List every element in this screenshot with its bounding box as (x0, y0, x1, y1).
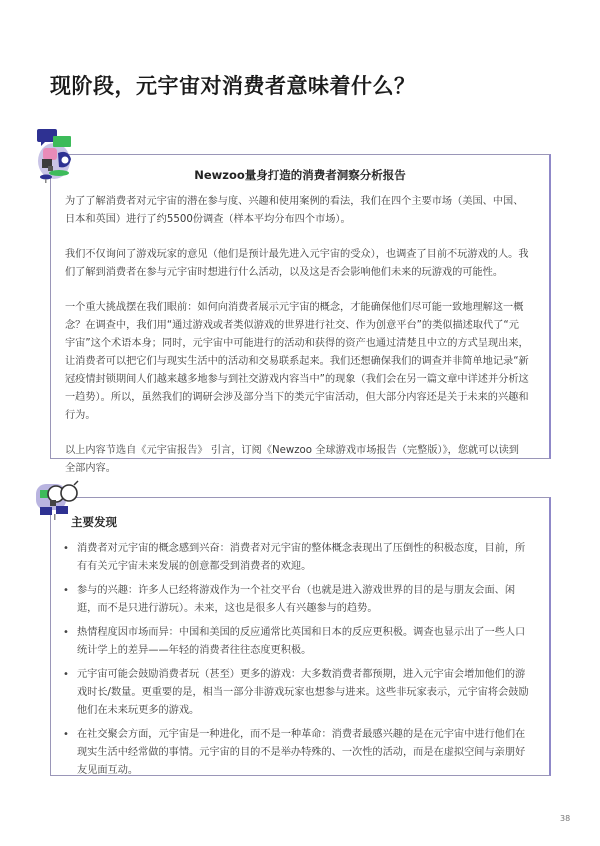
report-paragraph: 一个重大挑战摆在我们眼前：如何向消费者展示元宇宙的概念，才能确保他们尽可能一致地… (65, 299, 529, 425)
findings-title: 主要发现 (71, 514, 549, 530)
finding-item: • 消费者对元宇宙的概念感到兴奋：消费者对元宇宙的整体概念表现出了压倒性的积极态… (63, 540, 529, 576)
findings-list: • 消费者对元宇宙的概念感到兴奋：消费者对元宇宙的整体概念表现出了压倒性的积极态… (51, 540, 549, 780)
finding-item: • 热情程度因市场而异：中国和美国的反应通常比英国和日本的反应更积极。调查也显示… (63, 624, 529, 660)
bullet-icon: • (63, 624, 69, 642)
finding-text: 热情程度因市场而异：中国和美国的反应通常比英国和日本的反应更积极。调查也显示出了… (77, 627, 525, 656)
bullet-icon: • (63, 666, 69, 684)
report-box-body: 为了了解消费者对元宇宙的潜在参与度、兴趣和使用案例的看法，我们在四个主要市场（美… (51, 193, 549, 478)
report-intro-box: Newzoo量身打造的消费者洞察分析报告 为了了解消费者对元宇宙的潜在参与度、兴… (50, 154, 551, 459)
bullet-icon: • (63, 726, 69, 744)
bullet-icon: • (63, 540, 69, 558)
finding-item: • 参与的兴趣：许多人已经将游戏作为一个社交平台（也就是进入游戏世界的目的是与朋… (63, 582, 529, 618)
page-number: 38 (560, 814, 570, 823)
bullet-icon: • (63, 582, 69, 600)
vr-headset-icon (34, 478, 80, 520)
finding-text: 元宇宙可能会鼓励消费者玩（甚至）更多的游戏：大多数消费者都预期，进入元宇宙会增加… (77, 669, 529, 716)
finding-item: • 元宇宙可能会鼓励消费者玩（甚至）更多的游戏：大多数消费者都预期，进入元宇宙会… (63, 666, 529, 720)
key-findings-box: 主要发现 • 消费者对元宇宙的概念感到兴奋：消费者对元宇宙的整体概念表现出了压倒… (50, 497, 551, 776)
finding-text: 在社交聚会方面，元宇宙是一种进化，而不是一种革命：消费者最感兴趣的是在元宇宙中进… (77, 729, 525, 776)
finding-text: 参与的兴趣：许多人已经将游戏作为一个社交平台（也就是进入游戏世界的目的是与朋友会… (77, 585, 515, 614)
chat-people-icon (34, 127, 78, 183)
report-paragraph: 为了了解消费者对元宇宙的潜在参与度、兴趣和使用案例的看法，我们在四个主要市场（美… (65, 193, 529, 229)
report-paragraph: 我们不仅询问了游戏玩家的意见（他们是预计最先进入元宇宙的受众），也调查了目前不玩… (65, 246, 529, 282)
report-box-title: Newzoo量身打造的消费者洞察分析报告 (51, 167, 549, 183)
report-paragraph: 以上内容节选自《元宇宙报告》 引言，订阅《Newzoo 全球游戏市场报告（完整版… (65, 442, 529, 478)
finding-item: • 在社交聚会方面，元宇宙是一种进化，而不是一种革命：消费者最感兴趣的是在元宇宙… (63, 726, 529, 780)
finding-text: 消费者对元宇宙的概念感到兴奋：消费者对元宇宙的整体概念表现出了压倒性的积极态度，… (77, 543, 525, 572)
page-title: 现阶段，元宇宙对消费者意味着什么？ (50, 70, 416, 100)
